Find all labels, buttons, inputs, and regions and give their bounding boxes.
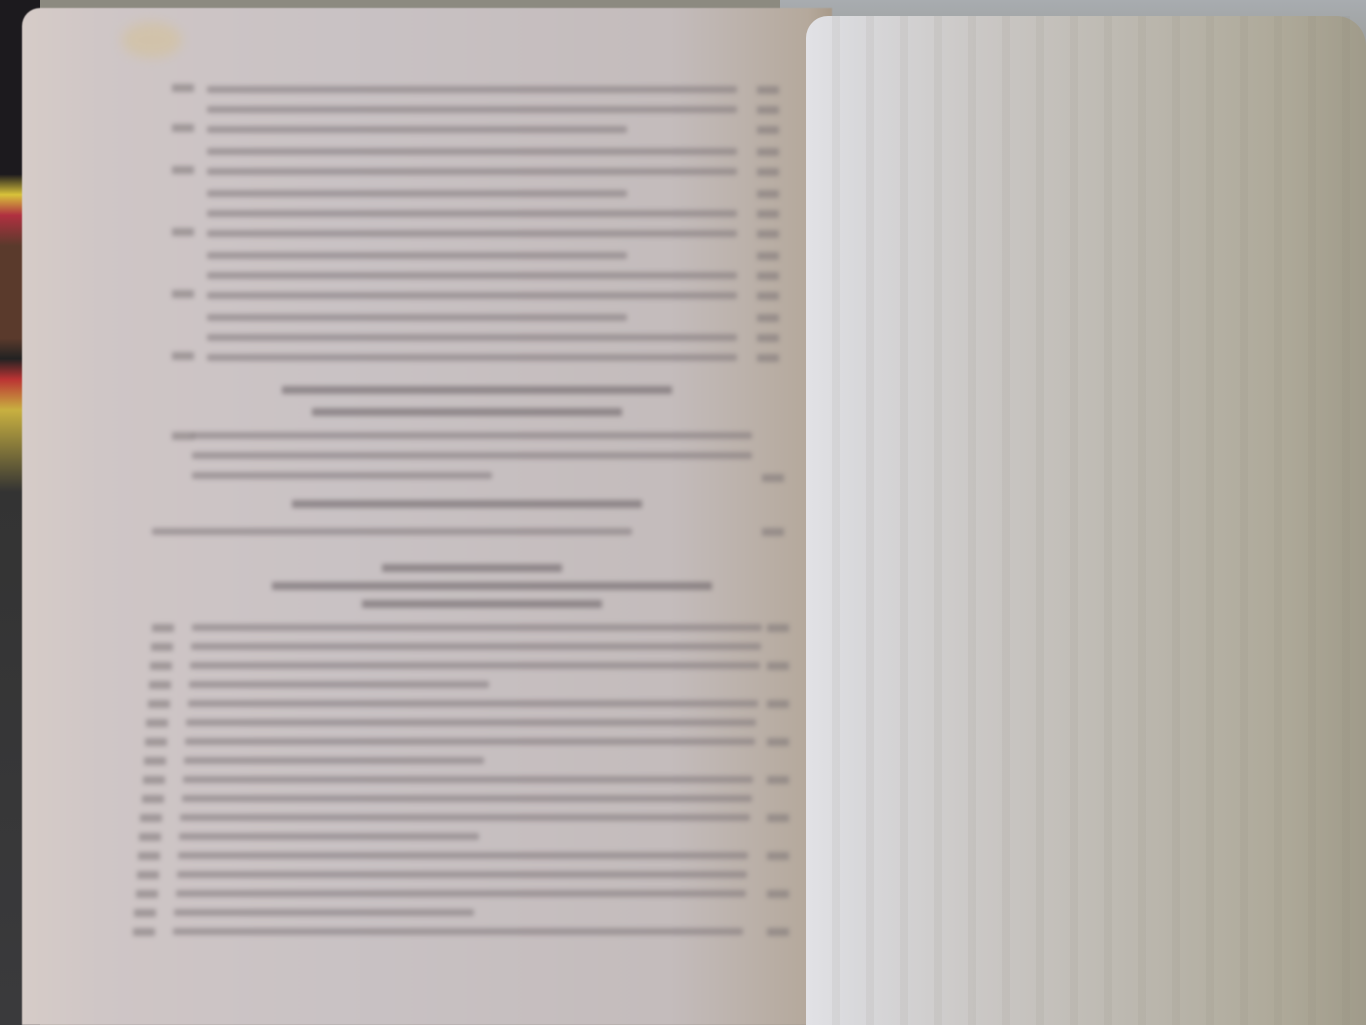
right-book-page	[806, 16, 1366, 1025]
left-book-page	[22, 8, 832, 1025]
illegible-toc-text	[22, 8, 832, 1025]
